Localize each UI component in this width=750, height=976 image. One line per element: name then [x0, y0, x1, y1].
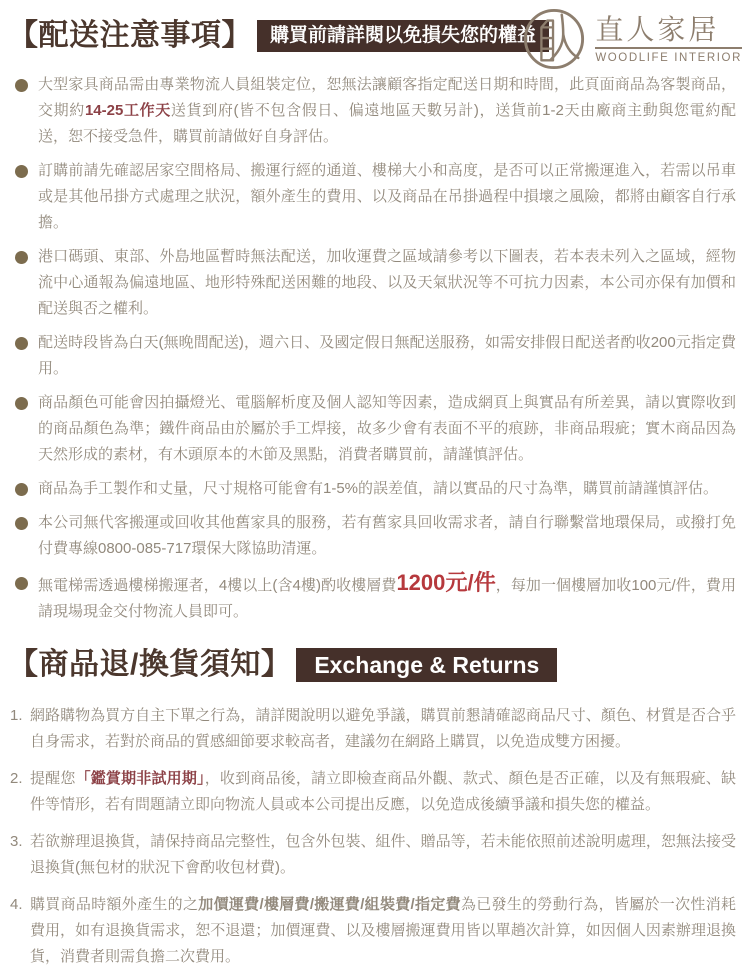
notice-text: 商品顏色可能會因拍攝燈光、電腦解析度及個人認知等因素，造成網頁上與實品有所差異，… [38, 394, 736, 463]
policy-text: 若欲辦理退換貨，請保持商品完整性，包含外包裝、組件、贈品等，若未能依照前述說明處… [30, 833, 736, 876]
item-number: 2. [10, 766, 23, 792]
bullet-icon [15, 577, 28, 590]
delivery-notice-item: 大型家具商品需由專業物流人員組裝定位，恕無法讓顧客指定配送日期和時間，此頁面商品… [8, 72, 736, 150]
delivery-notice-item: 本公司無代客搬運或回收其他舊家具的服務，若有舊家具回收需求者，請自行聯繫當地環保… [8, 510, 736, 562]
returns-section-header: 【商品退/換貨須知】 Exchange & Returns [8, 645, 736, 685]
delivery-notice-item: 商品顏色可能會因拍攝燈光、電腦解析度及個人認知等因素，造成網頁上與實品有所差異，… [8, 390, 736, 468]
delivery-notice-item: 港口碼頭、東部、外島地區暫時無法配送，加收運費之區域請參考以下圖表，若本表未列入… [8, 244, 736, 322]
policy-text: 提醒您「鑑賞期非試用期」，收到商品後，請立即檢查商品外觀、款式、顏色是否正確，以… [30, 770, 736, 813]
notice-text: 港口碼頭、東部、外島地區暫時無法配送，加收運費之區域請參考以下圖表，若本表未列入… [38, 248, 736, 317]
logo-divider [595, 47, 742, 49]
bullet-icon [15, 251, 28, 264]
return-policy-item: 1. 網路購物為買方自主下單之行為，請詳閱說明以避免爭議，購買前懇請確認商品尺寸… [8, 703, 736, 755]
bullet-icon [15, 397, 28, 410]
return-policy-item: 3. 若欲辦理退換貨，請保持商品完整性，包含外包裝、組件、贈品等，若未能依照前述… [8, 829, 736, 881]
returns-section-title: 【商品退/換貨須知】 [8, 645, 291, 685]
delivery-notice-item: 配送時段皆為白天(無晚間配送)，週六日、及國定假日無配送服務，如需安排假日配送者… [8, 330, 736, 382]
woodlife-logo-icon [522, 7, 586, 71]
notice-text: 無電梯需透過樓梯搬運者，4樓以上(含4樓)酌收樓層費1200元/件，每加一個樓層… [38, 577, 736, 620]
notice-text: 配送時段皆為白天(無晚間配送)，週六日、及國定假日無配送服務，如需安排假日配送者… [38, 334, 736, 377]
policy-text: 購買商品時額外產生的之加價運費/樓層費/搬運費/組裝費/指定費為已發生的勞動行為… [30, 896, 736, 965]
notice-text: 本公司無代客搬運或回收其他舊家具的服務，若有舊家具回收需求者，請自行聯繫當地環保… [38, 514, 736, 557]
return-policy-item: 4. 購買商品時額外產生的之加價運費/樓層費/搬運費/組裝費/指定費為已發生的勞… [8, 892, 736, 970]
delivery-section-badge: 購買前請詳閱以免損失您的權益 [257, 20, 549, 52]
return-policy-item: 2. 提醒您「鑑賞期非試用期」，收到商品後，請立即檢查商品外觀、款式、顏色是否正… [8, 766, 736, 818]
bullet-icon [15, 483, 28, 496]
delivery-notice-item: 商品為手工製作和丈量，尺寸規格可能會有1-5%的誤差值，請以實品的尺寸為準，購買… [8, 476, 736, 502]
delivery-notice-item: 訂購前請先確認居家空間格局、搬運行經的通道、樓梯大小和高度，是否可以正常搬運進入… [8, 158, 736, 236]
brand-name: 直人家居 [595, 14, 742, 46]
notice-text: 商品為手工製作和丈量，尺寸規格可能會有1-5%的誤差值，請以實品的尺寸為準，購買… [38, 480, 718, 497]
bullet-icon [15, 165, 28, 178]
item-number: 3. [10, 829, 23, 855]
bullet-icon [15, 517, 28, 530]
notice-text: 訂購前請先確認居家空間格局、搬運行經的通道、樓梯大小和高度，是否可以正常搬運進入… [38, 162, 736, 231]
returns-section-badge: Exchange & Returns [296, 648, 557, 682]
returns-policy-list: 1. 網路購物為買方自主下單之行為，請詳閱說明以避免爭議，購買前懇請確認商品尺寸… [8, 703, 736, 970]
brand-subtitle: WOODLIFE INTERIOR [595, 52, 742, 64]
brand-logo: 直人家居 WOODLIFE INTERIOR [522, 7, 742, 71]
bullet-icon [15, 79, 28, 92]
brand-logo-text: 直人家居 WOODLIFE INTERIOR [595, 14, 742, 64]
item-number: 1. [10, 703, 23, 729]
item-number: 4. [10, 892, 23, 918]
bullet-icon [15, 337, 28, 350]
delivery-notice-list: 大型家具商品需由專業物流人員組裝定位，恕無法讓顧客指定配送日期和時間，此頁面商品… [8, 72, 736, 625]
notice-text: 大型家具商品需由專業物流人員組裝定位，恕無法讓顧客指定配送日期和時間，此頁面商品… [38, 76, 736, 145]
delivery-section-title: 【配送注意事項】 [8, 16, 252, 56]
delivery-notice-item: 無電梯需透過樓梯搬運者，4樓以上(含4樓)酌收樓層費1200元/件，每加一個樓層… [8, 570, 736, 625]
policy-text: 網路購物為買方自主下單之行為，請詳閱說明以避免爭議，購買前懇請確認商品尺寸、顏色… [30, 707, 736, 750]
shipping-notice-page: 直人家居 WOODLIFE INTERIOR 【配送注意事項】 購買前請詳閱以免… [0, 0, 750, 976]
